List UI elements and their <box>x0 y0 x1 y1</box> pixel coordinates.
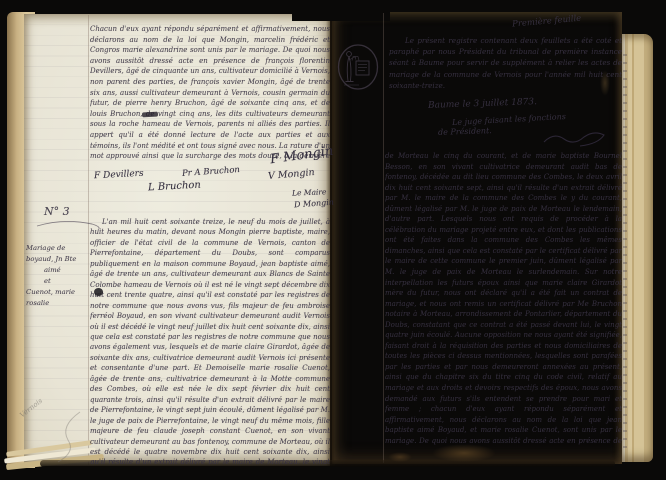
ink-blot-strikethrough <box>142 112 158 118</box>
next-page-text-sliver <box>623 48 627 448</box>
right-page-margin-rule <box>383 13 384 463</box>
fiscal-stamp-icon <box>337 43 379 91</box>
margin-note-line: boyaud, Jn Bte <box>26 254 86 265</box>
margin-note-line: aimé <box>26 265 86 276</box>
officiant-title-line2: de Président. <box>438 126 492 137</box>
stain <box>388 452 412 462</box>
certificate-paragraph: Le présent registre contenant deux feuil… <box>389 35 622 105</box>
margin-note-marriage: Mariage de boyaud, Jn Bte aimé et Cuenot… <box>26 243 86 308</box>
foxing-spot <box>600 70 610 96</box>
margin-note-line: Mariage de <box>26 243 86 254</box>
signature-le-maire: Le Maire <box>292 187 327 197</box>
marriage-act-continuation-paragraph: de Morteau le cinq du courant, et de mar… <box>385 151 622 447</box>
margin-note-line: Cuenot, marie <box>26 287 86 298</box>
ink-blot <box>94 288 103 296</box>
binding-gap <box>292 0 390 21</box>
stain <box>432 444 496 462</box>
judge-signature-flourish <box>540 128 610 150</box>
pencil-flourish <box>50 408 90 466</box>
marriage-act-paragraph: L'an mil huit cent soixante treize, le n… <box>90 217 330 464</box>
left-page-margin-rule <box>88 15 89 465</box>
closing-act-paragraph: Chacun d'eux ayant répondu séparément et… <box>90 24 330 163</box>
margin-note-line: et <box>26 276 86 287</box>
margin-note-line: rosalie <box>26 298 86 309</box>
